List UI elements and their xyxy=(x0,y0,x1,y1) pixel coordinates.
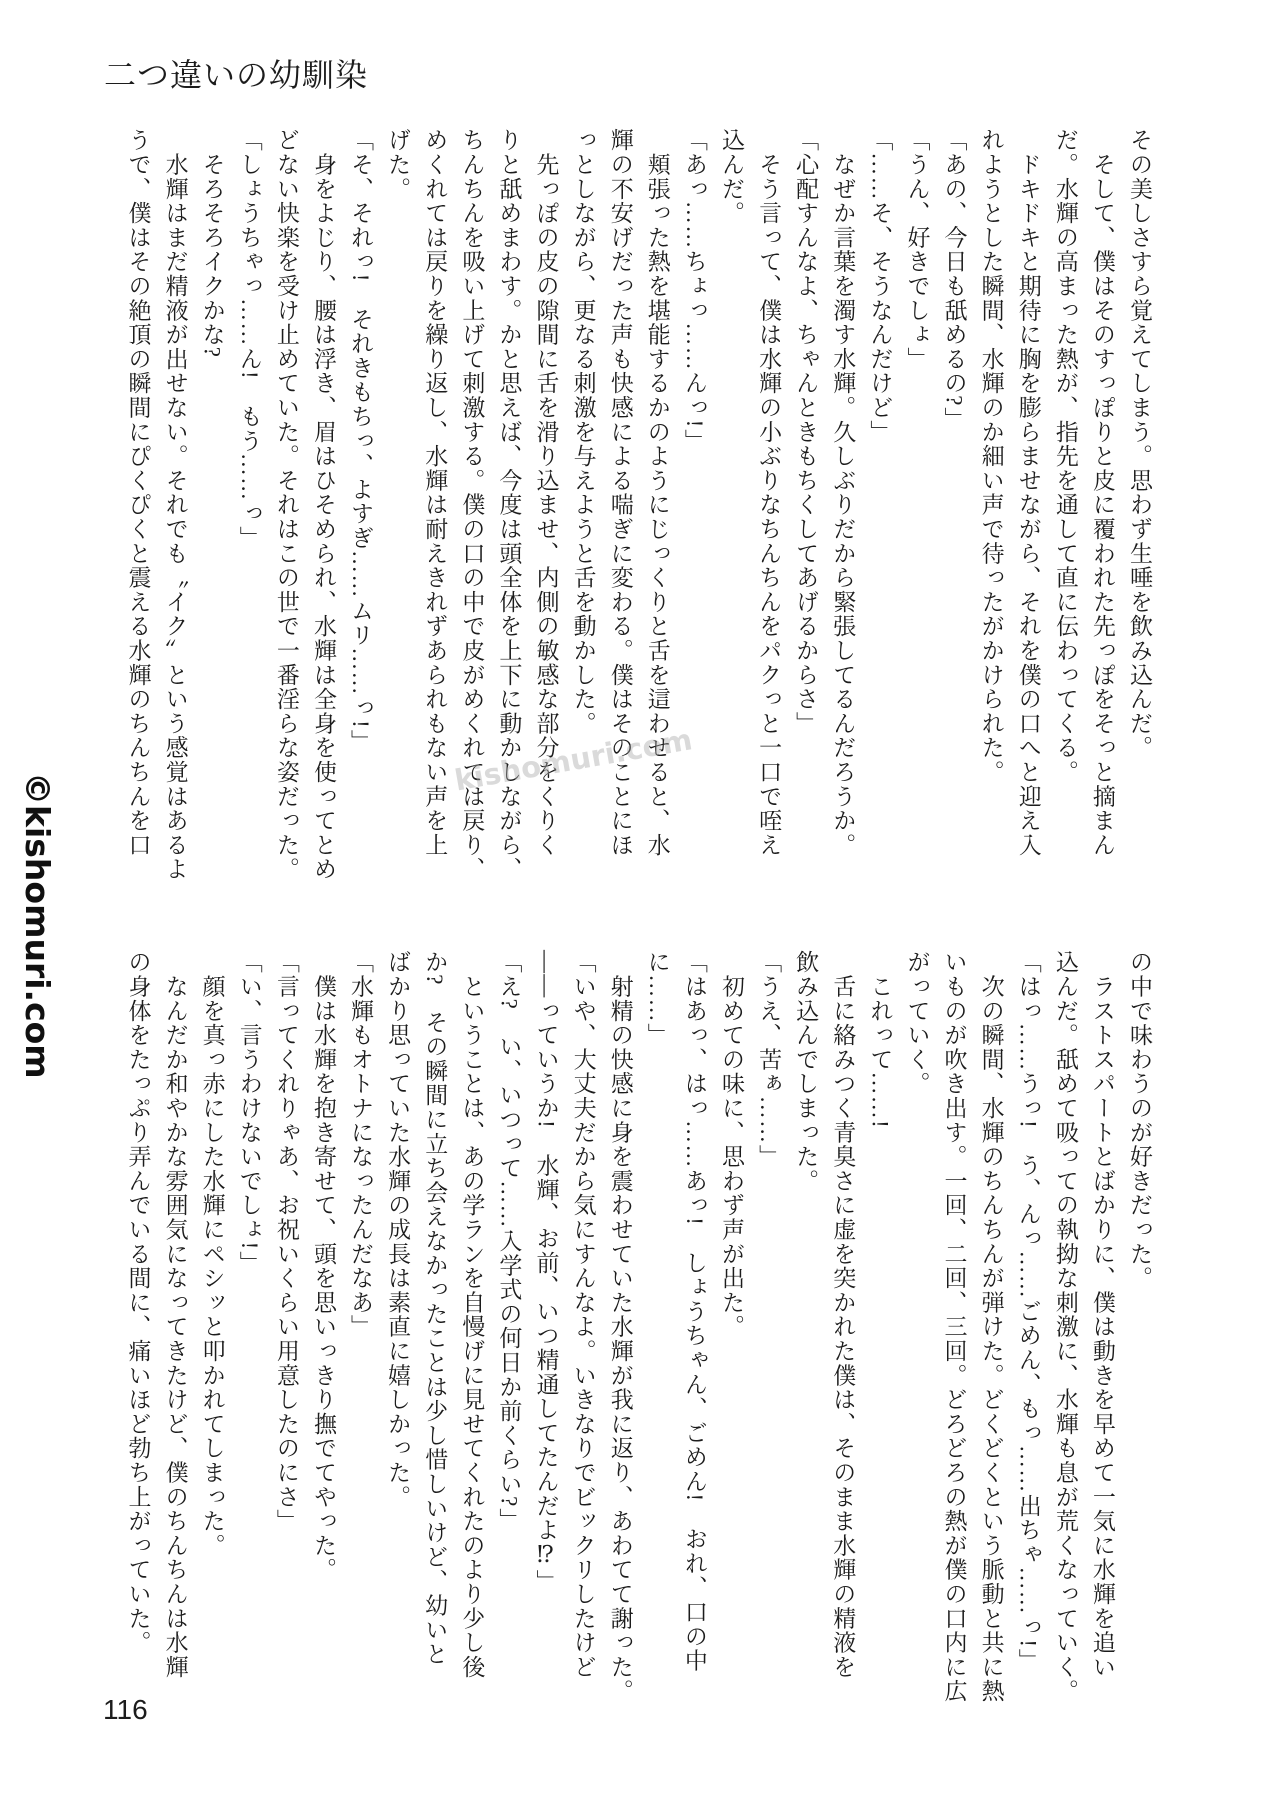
page-number: 116 xyxy=(103,1694,148,1726)
text-column: その美しさすら覚えてしまう。思わず生唾を飲み込んだ。 xyxy=(1121,128,1158,858)
text-column: いものが吹き出す。一回、二回、三回。どろどろの熱が僕の口内に広 xyxy=(935,950,972,1704)
text-column: 「い、言うわけないでしょ!」 xyxy=(231,950,268,1704)
text-column: なぜか言葉を濁す水輝。久しぶりだから緊張してるんだろうか。 xyxy=(824,128,861,858)
text-column: りと舐めまわす。かと思えば、今度は頭全体を上下に動かしながら、 xyxy=(490,128,527,858)
text-column: 水輝はまだ精液が出せない。それでも〝イク〟という感覚はあるよ xyxy=(156,128,193,858)
text-column: どない快楽を受け止めていた。それはこの世で一番淫らな姿だった。 xyxy=(268,128,305,858)
document-page: 二つ違いの幼馴染 その美しさすら覚えてしまう。思わず生唾を飲み込んだ。 そして、… xyxy=(0,0,1280,1806)
text-column: だ。水輝の高まった熱が、指先を通して直に伝わってくる。 xyxy=(1047,128,1084,858)
text-column: 初めての味に、思わず声が出た。 xyxy=(713,950,750,1704)
text-column: 次の瞬間、水輝のちんちんが弾けた。どくどくという脈動と共に熱 xyxy=(973,950,1010,1704)
text-column: そう言って、僕は水輝の小ぶりなちんちんをパクっと一口で咥え xyxy=(750,128,787,858)
text-column: 「はあっ、はっ……あっ! しょうちゃん、ごめん! おれ、口の中 xyxy=(676,950,713,1704)
text-column: 「……そ、そうなんだけど」 xyxy=(861,128,898,858)
text-column: ばかり思っていた水輝の成長は素直に嬉しかった。 xyxy=(379,950,416,1704)
text-column: ラストスパートとばかりに、僕は動きを早めて一気に水輝を追い xyxy=(1084,950,1121,1704)
page-title: 二つ違いの幼馴染 xyxy=(104,50,368,96)
text-column: ――っていうか! 水輝、お前、いつ精通してたんだよ⁉」 xyxy=(527,950,564,1704)
text-column: 飲み込んでしまった。 xyxy=(787,950,824,1704)
text-column: の中で味わうのが好きだった。 xyxy=(1121,950,1158,1704)
text-column: 僕は水輝を抱き寄せて、頭を思いっきり撫でてやった。 xyxy=(305,950,342,1704)
text-column: がっていく。 xyxy=(898,950,935,1704)
text-column: げた。 xyxy=(379,128,416,858)
text-column: これって……! xyxy=(861,950,898,1704)
text-column: うで、僕はその絶頂の瞬間にぴくぴくと震える水輝のちんちんを口 xyxy=(119,128,156,858)
text-column: めくれては戻りを繰り返し、水輝は耐えきれずあられもない声を上 xyxy=(416,128,453,858)
text-column: か? その瞬間に立ち会えなかったことは少し惜しいけど、幼いと xyxy=(416,950,453,1704)
text-column: そして、僕はそのすっぽりと皮に覆われた先っぽをそっと摘まん xyxy=(1084,128,1121,858)
text-column: 込んだ。 xyxy=(713,128,750,858)
bottom-text-block: の中で味わうのが好きだった。 ラストスパートとばかりに、僕は動きを早めて一気に水… xyxy=(119,950,1158,1704)
text-column: 「そ、それっ! それきもちっ、よすぎ……ムリ……っ!」 xyxy=(342,128,379,858)
text-column: に……」 xyxy=(639,950,676,1704)
text-column: の身体をたっぷり弄んでいる間に、痛いほど勃ち上がっていた。 xyxy=(119,950,156,1704)
text-column: 「しょうちゃっ……ん! もう……っ」 xyxy=(231,128,268,858)
text-column: 「うん、好きでしょ」 xyxy=(898,128,935,858)
text-column: 「え? い、いつって……入学式の何日か前くらい?」 xyxy=(490,950,527,1704)
text-column: 「言ってくれりゃあ、お祝いくらい用意したのにさ」 xyxy=(268,950,305,1704)
text-column: 「心配すんなよ、ちゃんときもちくしてあげるからさ」 xyxy=(787,128,824,858)
text-column: れようとした瞬間、水輝のか細い声で待ったがかけられた。 xyxy=(973,128,1010,858)
text-column: 「いや、大丈夫だから気にすんなよ。いきなりでビックリしたけど xyxy=(565,950,602,1704)
text-column: 身をよじり、腰は浮き、眉はひそめられ、水輝は全身を使ってとめ xyxy=(305,128,342,858)
text-column: 「水輝もオトナになったんだなあ」 xyxy=(342,950,379,1704)
text-column: なんだか和やかな雰囲気になってきたけど、僕のちんちんは水輝 xyxy=(156,950,193,1704)
text-column: ということは、あの学ランを自慢げに見せてくれたのより少し後 xyxy=(453,950,490,1704)
text-column: 「はっ……うっ! う、んっ……ごめん、もっ……出ちゃ……っ!」 xyxy=(1010,950,1047,1704)
text-column: 舌に絡みつく青臭さに虚を突かれた僕は、そのまま水輝の精液を xyxy=(824,950,861,1704)
text-column: 込んだ。舐めて吸っての執拗な刺激に、水輝も息が荒くなっていく。 xyxy=(1047,950,1084,1704)
text-column: 射精の快感に身を震わせていた水輝が我に返り、あわてて謝った。 xyxy=(602,950,639,1704)
text-column: 「あの、今日も舐めるの?」 xyxy=(935,128,972,858)
text-column: 顔を真っ赤にした水輝にペシッと叩かれてしまった。 xyxy=(194,950,231,1704)
text-column: そろそろイクかな? xyxy=(194,128,231,858)
text-column: ドキドキと期待に胸を膨らませながら、それを僕の口へと迎え入 xyxy=(1010,128,1047,858)
text-column: ちんちんを吸い上げて刺激する。僕の口の中で皮がめくれては戻り、 xyxy=(453,128,490,858)
text-column: 「うえ、苦ぁ……」 xyxy=(750,950,787,1704)
side-watermark: ©kishomuri.com xyxy=(18,772,57,1079)
